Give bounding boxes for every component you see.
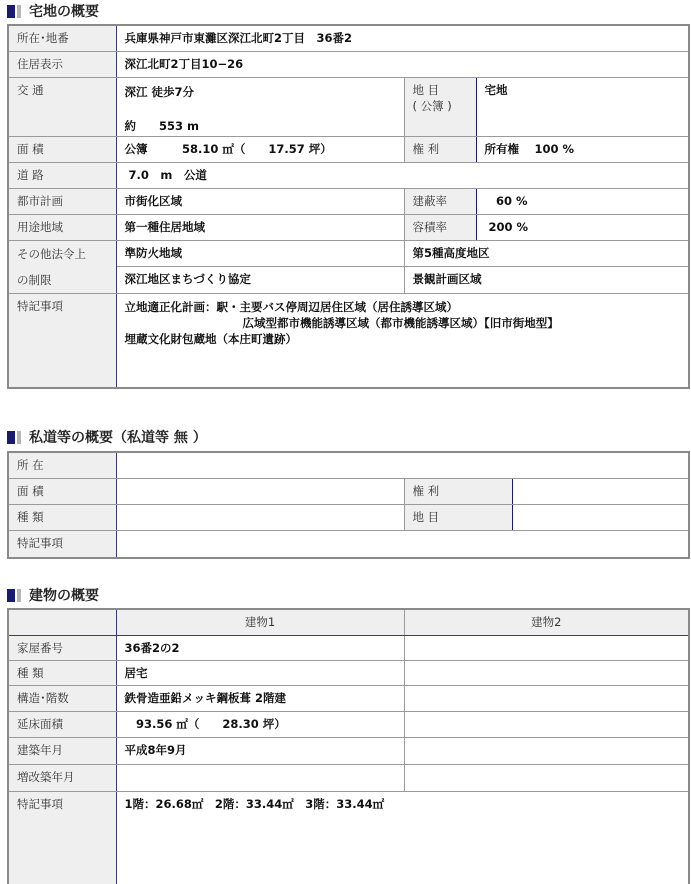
pr-area-value bbox=[116, 478, 404, 504]
table-row: 構造･階数 鉄骨造亜鉛メッキ鋼板葺 2階建 bbox=[8, 685, 689, 711]
land-overview-table: 所在･地番 兵庫県神戸市東灘区深江北町2丁目 36番2 住居表示 深江北町2丁目… bbox=[7, 24, 690, 389]
pr-rights-value bbox=[512, 478, 689, 504]
private-road-table: 所 在 面 積 権 利 種 類 地 目 特記事項 bbox=[7, 451, 690, 559]
other-law-label: その他法令上 の制限 bbox=[8, 240, 116, 293]
building-type-label: 種 類 bbox=[8, 660, 116, 685]
pr-location-label: 所 在 bbox=[8, 452, 116, 478]
table-row: 特記事項 1階：26.68㎡ 2階：33.44㎡ 3階：33.44㎡ bbox=[8, 791, 689, 884]
land-category-label: 地 目 ( 公簿 ) bbox=[404, 77, 476, 136]
building-type-b2 bbox=[404, 660, 689, 685]
table-row: 特記事項 立地適正化計画：駅・主要バス停周辺居住区域（居住誘導区域） 広域型都市… bbox=[8, 293, 689, 388]
land-remarks-value: 立地適正化計画：駅・主要バス停周辺居住区域（居住誘導区域） 広域型都市機能誘導区… bbox=[116, 293, 689, 388]
heading-bullet-icon bbox=[7, 431, 21, 444]
building-type-b1: 居宅 bbox=[116, 660, 404, 685]
table-row: 増改築年月 bbox=[8, 764, 689, 791]
renovation-date-b2 bbox=[404, 764, 689, 791]
floor-area-b1: 93.56 ㎡（ 28.30 坪） bbox=[116, 711, 404, 737]
built-date-label: 建築年月 bbox=[8, 737, 116, 764]
land-remarks-label: 特記事項 bbox=[8, 293, 116, 388]
fire-zone-value: 準防火地域 bbox=[116, 240, 404, 267]
header-building-1: 建物1 bbox=[116, 609, 404, 635]
building-remarks-value: 1階：26.68㎡ 2階：33.44㎡ 3階：33.44㎡ bbox=[116, 791, 689, 884]
table-row: 用途地域 第一種住居地域 容積率 200 % bbox=[8, 214, 689, 240]
address-value: 深江北町2丁目10−26 bbox=[116, 51, 689, 77]
location-value: 兵庫県神戸市東灘区深江北町2丁目 36番2 bbox=[116, 25, 689, 51]
structure-label: 構造･階数 bbox=[8, 685, 116, 711]
private-road-section-title: 私道等の概要（私道等 無 ） bbox=[29, 427, 207, 447]
floor-area-label: 延床面積 bbox=[8, 711, 116, 737]
header-blank bbox=[8, 609, 116, 635]
table-row: 建築年月 平成8年9月 bbox=[8, 737, 689, 764]
other-law-label-line1: その他法令上 bbox=[17, 241, 108, 267]
transport-station: 深江 徒歩7分 bbox=[125, 83, 396, 101]
location-label: 所在･地番 bbox=[8, 25, 116, 51]
zoning-label: 用途地域 bbox=[8, 214, 116, 240]
table-row: 面 積 公簿 58.10 ㎡（ 17.57 坪） 権 利 所有権 100 % bbox=[8, 136, 689, 162]
rights-label: 権 利 bbox=[404, 136, 476, 162]
transport-distance: 約 553 m bbox=[125, 117, 396, 135]
built-date-b2 bbox=[404, 737, 689, 764]
house-number-b2 bbox=[404, 635, 689, 660]
land-section-heading: 宅地の概要 bbox=[7, 1, 99, 21]
table-row: 種 類 地 目 bbox=[8, 504, 689, 530]
land-section-title: 宅地の概要 bbox=[29, 1, 99, 21]
coverage-ratio-label: 建蔽率 bbox=[404, 188, 476, 214]
address-label: 住居表示 bbox=[8, 51, 116, 77]
pr-location-value bbox=[116, 452, 689, 478]
structure-b1: 鉄骨造亜鉛メッキ鋼板葺 2階建 bbox=[116, 685, 404, 711]
table-row: 所 在 bbox=[8, 452, 689, 478]
pr-land-category-value bbox=[512, 504, 689, 530]
pr-area-label: 面 積 bbox=[8, 478, 116, 504]
table-row: 種 類 居宅 bbox=[8, 660, 689, 685]
table-row: 特記事項 bbox=[8, 530, 689, 558]
table-row: 都市計画 市街化区域 建蔽率 60 % bbox=[8, 188, 689, 214]
heading-bullet-icon bbox=[7, 589, 21, 602]
table-row: 面 積 権 利 bbox=[8, 478, 689, 504]
table-row: 所在･地番 兵庫県神戸市東灘区深江北町2丁目 36番2 bbox=[8, 25, 689, 51]
landscape-zone-value: 景観計画区域 bbox=[404, 267, 689, 294]
area-value: 公簿 58.10 ㎡（ 17.57 坪） bbox=[116, 136, 404, 162]
building-section-title: 建物の概要 bbox=[29, 585, 99, 605]
remarks-line-1: 立地適正化計画：駅・主要バス停周辺居住区域（居住誘導区域） bbox=[125, 299, 681, 315]
remarks-line-2: 広域型都市機能誘導区域（都市機能誘導区域）【旧市街地型】 bbox=[125, 315, 681, 331]
pr-land-category-label: 地 目 bbox=[404, 504, 512, 530]
pr-remarks-label: 特記事項 bbox=[8, 530, 116, 558]
table-row: 延床面積 93.56 ㎡（ 28.30 坪） bbox=[8, 711, 689, 737]
land-category-value: 宅地 bbox=[476, 77, 689, 136]
table-row: 道 路 7.0 m 公道 bbox=[8, 162, 689, 188]
road-value: 7.0 m 公道 bbox=[116, 162, 689, 188]
table-row: その他法令上 の制限 準防火地域 第5種高度地区 bbox=[8, 240, 689, 267]
structure-b2 bbox=[404, 685, 689, 711]
city-planning-label: 都市計画 bbox=[8, 188, 116, 214]
zoning-value: 第一種住居地域 bbox=[116, 214, 404, 240]
other-law-label-line2: の制限 bbox=[17, 267, 108, 293]
renovation-date-label: 増改築年月 bbox=[8, 764, 116, 791]
built-date-b1: 平成8年9月 bbox=[116, 737, 404, 764]
town-agreement-value: 深江地区まちづくり協定 bbox=[116, 267, 404, 294]
floor-area-ratio-label: 容積率 bbox=[404, 214, 476, 240]
pr-rights-label: 権 利 bbox=[404, 478, 512, 504]
floor-area-ratio-value: 200 % bbox=[476, 214, 689, 240]
building-table: 建物1 建物2 家屋番号 36番2の2 種 類 居宅 構造･階数 鉄骨造亜鉛メッ… bbox=[7, 608, 690, 884]
private-road-section-heading: 私道等の概要（私道等 無 ） bbox=[7, 427, 207, 447]
table-row: 交 通 深江 徒歩7分 約 553 m 地 目 ( 公簿 ) 宅地 bbox=[8, 77, 689, 136]
pr-remarks-value bbox=[116, 530, 689, 558]
renovation-date-b1 bbox=[116, 764, 404, 791]
heading-bullet-icon bbox=[7, 5, 21, 18]
table-header-row: 建物1 建物2 bbox=[8, 609, 689, 635]
remarks-line-3: 埋蔵文化財包蔵地（本庄町遺跡） bbox=[125, 331, 681, 347]
table-row: 住居表示 深江北町2丁目10−26 bbox=[8, 51, 689, 77]
pr-type-label: 種 類 bbox=[8, 504, 116, 530]
table-row: 家屋番号 36番2の2 bbox=[8, 635, 689, 660]
transport-value: 深江 徒歩7分 約 553 m bbox=[116, 77, 404, 136]
rights-value: 所有権 100 % bbox=[476, 136, 689, 162]
header-building-2: 建物2 bbox=[404, 609, 689, 635]
transport-label: 交 通 bbox=[8, 77, 116, 136]
building-remarks-label: 特記事項 bbox=[8, 791, 116, 884]
coverage-ratio-value: 60 % bbox=[476, 188, 689, 214]
pr-type-value bbox=[116, 504, 404, 530]
house-number-b1: 36番2の2 bbox=[116, 635, 404, 660]
house-number-label: 家屋番号 bbox=[8, 635, 116, 660]
area-label: 面 積 bbox=[8, 136, 116, 162]
height-district-value: 第5種高度地区 bbox=[404, 240, 689, 267]
road-label: 道 路 bbox=[8, 162, 116, 188]
building-section-heading: 建物の概要 bbox=[7, 585, 99, 605]
city-planning-value: 市街化区域 bbox=[116, 188, 404, 214]
floor-area-b2 bbox=[404, 711, 689, 737]
